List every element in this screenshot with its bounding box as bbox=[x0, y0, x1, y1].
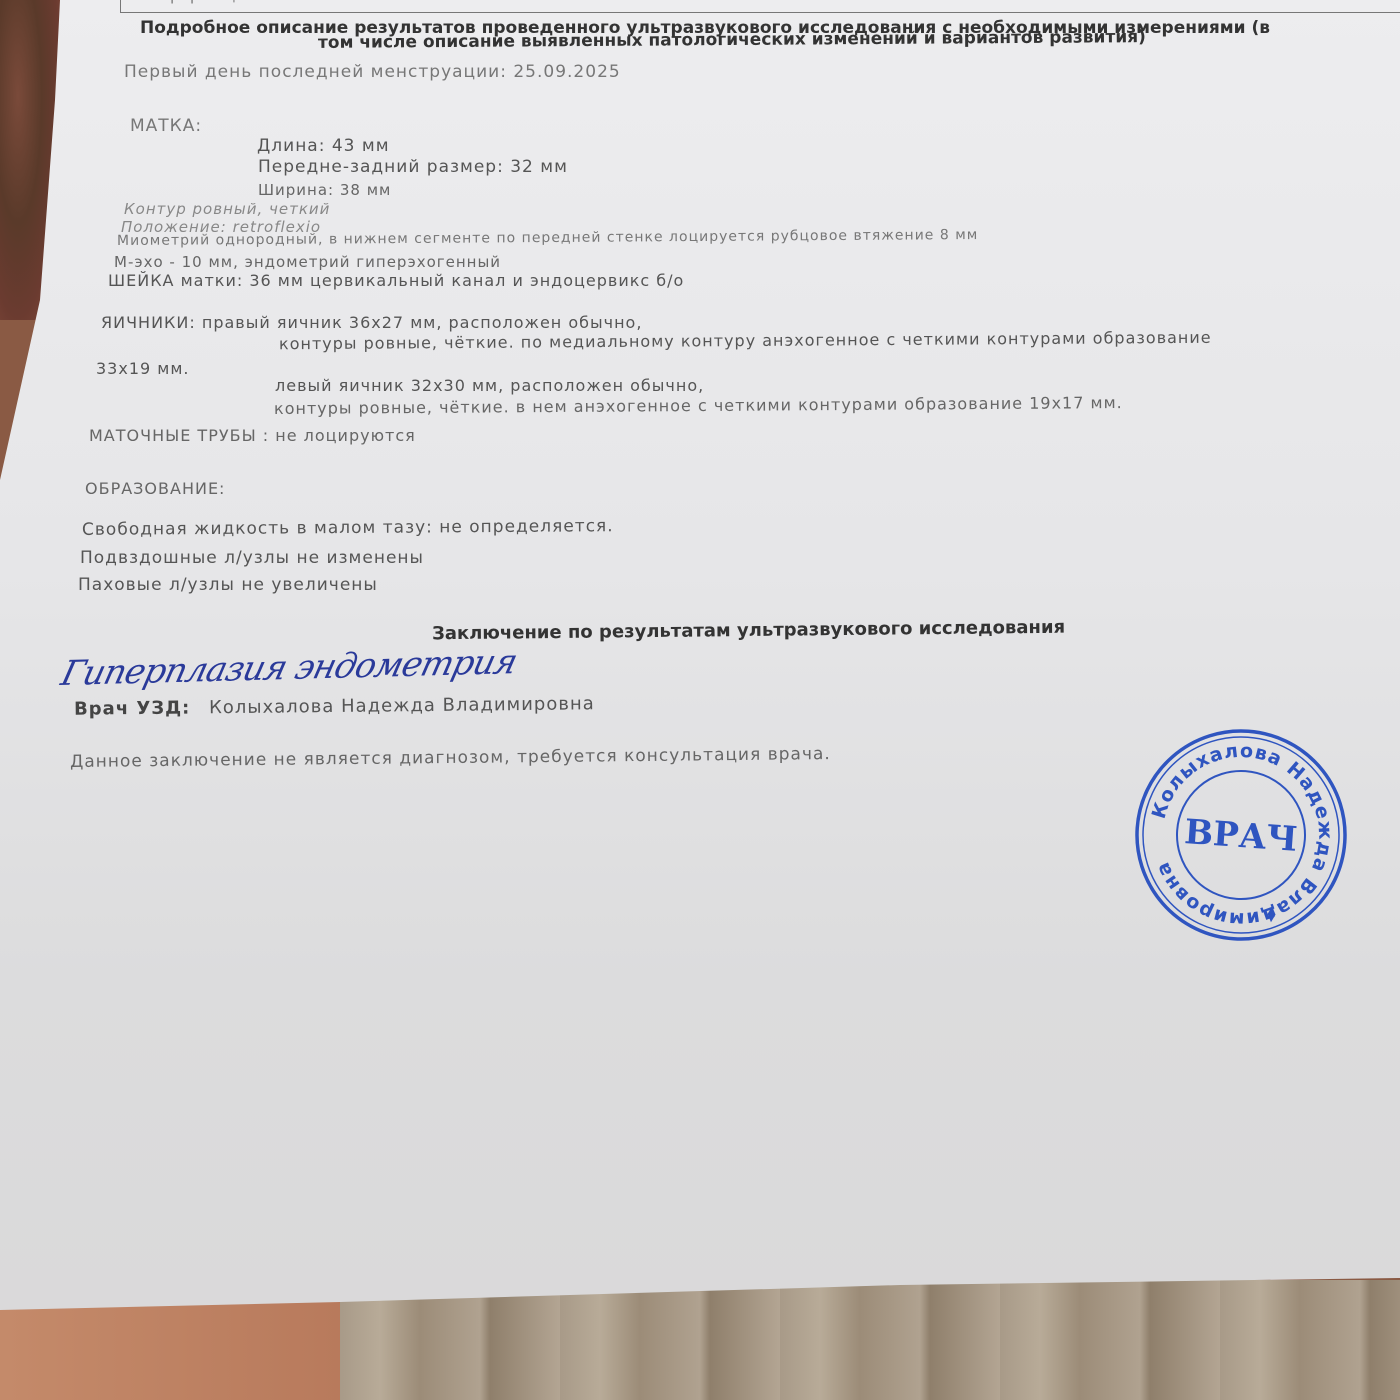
ovaries-left-line-2: контуры ровные, чёткие. в нем анэхогенно… bbox=[274, 393, 1123, 418]
background-hand bbox=[0, 1300, 345, 1400]
uterus-heading: МАТКА: bbox=[130, 116, 202, 136]
doctor-stamp: Колыхалова Надежда Владимировна ВРАЧ bbox=[1126, 720, 1357, 951]
ovaries-left-line-1: левый яичник 32x30 мм, расположен обычно… bbox=[275, 376, 704, 395]
lmp-date: Первый день последней менструации: 25.09… bbox=[124, 62, 621, 82]
iliac-lymph-nodes: Подвздошные л/узлы не изменены bbox=[80, 548, 424, 568]
doctor-label: Врач УЗД: bbox=[74, 698, 190, 720]
conclusion-title: Заключение по результатам ультразвуковог… bbox=[432, 617, 1065, 645]
uterus-ap-size: Передне-задний размер: 32 мм bbox=[258, 157, 568, 177]
stamp-center-text: ВРАЧ bbox=[1183, 812, 1299, 860]
disclaimer: Данное заключение не является диагнозом,… bbox=[70, 744, 831, 772]
doctor-signature-line: Врач УЗД: Колыхалова Надежда Владимировн… bbox=[74, 693, 595, 719]
fallopian-tubes: МАТОЧНЫЕ ТРУБЫ : не лоцируются bbox=[89, 426, 416, 445]
formation-heading: ОБРАЗОВАНИЕ: bbox=[85, 479, 225, 498]
complications-box: Информация о наличии осложнений bbox=[120, 0, 1400, 13]
uterus-contour: Контур ровный, четкий bbox=[124, 200, 330, 218]
document-page: Информация о наличии осложнений Подробно… bbox=[0, 0, 1400, 1400]
uterus-length: Длина: 43 мм bbox=[257, 136, 390, 156]
ovaries-right-line-1: ЯИЧНИКИ: правый яичник 36x27 мм, располо… bbox=[101, 313, 642, 332]
free-fluid: Свободная жидкость в малом тазу: не опре… bbox=[82, 516, 614, 540]
background-floor bbox=[340, 1280, 1400, 1400]
handwritten-conclusion: Гиперплазия эндометрия bbox=[57, 642, 520, 694]
cervix: ШЕЙКА матки: 36 мм цервикальный канал и … bbox=[108, 271, 684, 290]
inguinal-lymph-nodes: Паховые л/узлы не увеличены bbox=[78, 575, 378, 595]
uterus-width: Ширина: 38 мм bbox=[258, 181, 391, 199]
ovaries-right-line-3: 33x19 мм. bbox=[96, 359, 190, 378]
m-echo: М-эхо - 10 мм, эндометрий гиперэхогенный bbox=[114, 253, 501, 271]
doctor-name: Колыхалова Надежда Владимировна bbox=[209, 693, 595, 718]
